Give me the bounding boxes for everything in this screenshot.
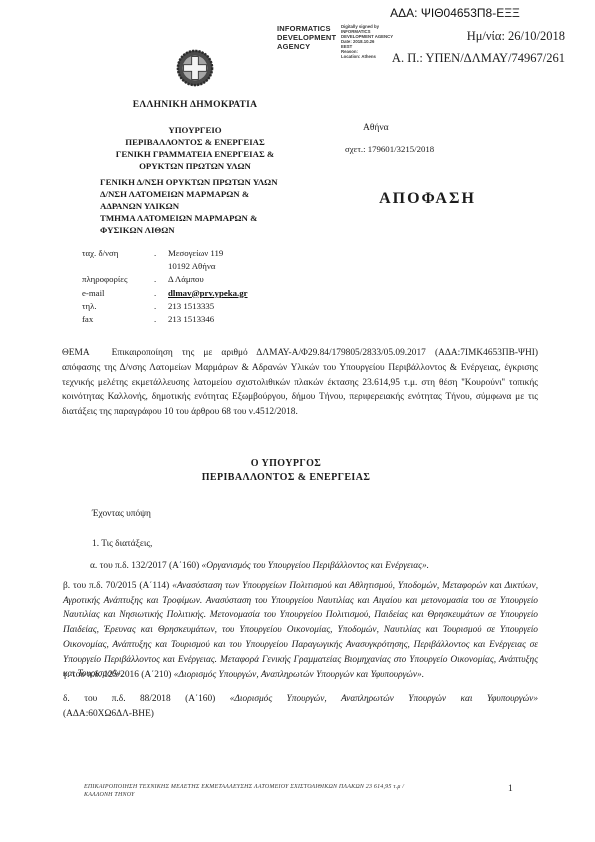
contact-label: fax bbox=[82, 313, 154, 326]
footer-line: ΕΠΙΚΑΙΡΟΠΟΙΗΣΗ ΤΕΧΝΙΚΗΣ ΜΕΛΕΤΗΣ ΕΚΜΕΤΑΛΛ… bbox=[84, 783, 484, 791]
minister-heading-line: ΠΕΡΙΒΑΛΛΟΝΤΟΣ & ΕΝΕΡΓΕΙΑΣ bbox=[136, 471, 436, 485]
contact-separator: . bbox=[154, 287, 168, 300]
footer-reference: ΕΠΙΚΑΙΡΟΠΟΙΗΣΗ ΤΕΧΝΙΚΗΣ ΜΕΛΕΤΗΣ ΕΚΜΕΤΑΛΛ… bbox=[84, 783, 484, 799]
legal-item-intro: 1. Τις διατάξεις, bbox=[92, 539, 152, 549]
contact-row: ταχ. δ/νση . Μεσογείων 119 bbox=[82, 247, 248, 260]
protocol-number-line: Α. Π.: ΥΠΕΝ/ΔΛΜΑΥ/74967/261 bbox=[285, 51, 565, 66]
item-first-line: δ. του π.δ. 88/2018 (Α΄160) «Διορισμός Υ… bbox=[63, 692, 538, 707]
item-quote: «Διορισμός Υπουργών, Αναπληρωτών Υπουργώ… bbox=[230, 694, 538, 704]
minister-heading: Ο ΥΠΟΥΡΓΟΣ ΠΕΡΙΒΑΛΛΟΝΤΟΣ & ΕΝΕΡΓΕΙΑΣ bbox=[136, 457, 436, 484]
contact-label: τηλ. bbox=[82, 300, 154, 313]
republic-title: ΕΛΛΗΝΙΚΗ ΔΗΜΟΚΡΑΤΙΑ bbox=[95, 100, 295, 110]
subject-paragraph: ΘΕΜΑΕπικαιροποίηση της με αριθμό ΔΛΜΑΥ-Α… bbox=[62, 346, 538, 420]
directorate-block: ΓΕΝΙΚΗ Δ/ΝΣΗ ΟΡΥΚΤΩΝ ΠΡΩΤΩΝ ΥΛΩΝ Δ/ΝΣΗ Λ… bbox=[100, 176, 278, 236]
item-label: γ. bbox=[63, 670, 70, 680]
footer-line: ΚΑΛΛΟΝΗ ΤΗΝΟΥ bbox=[84, 791, 484, 799]
contact-value: 213 1513335 bbox=[168, 300, 214, 313]
document-page: ΑΔΑ: ΨΙΘ04653Π8-ΕΞΞ INFORMATICS DEVELOPM… bbox=[0, 0, 595, 842]
subject-text: Επικαιροποίηση της με αριθμό ΔΛΜΑΥ-Α/Φ29… bbox=[62, 348, 538, 417]
contact-value: Δ Λάμπου bbox=[168, 273, 204, 286]
contact-separator: . bbox=[154, 313, 168, 326]
item-intro: του π.δ. 125/2016 (Α΄210) bbox=[72, 670, 172, 680]
date-line: Ημ/νία: 26/10/2018 bbox=[325, 29, 565, 44]
reference-number: σχετ.: 179601/3215/2018 bbox=[345, 144, 434, 154]
ministry-line: ΟΡΥΚΤΩΝ ΠΡΩΤΩΝ ΥΛΩΝ bbox=[85, 160, 305, 172]
contact-row: fax . 213 1513346 bbox=[82, 313, 248, 326]
item-quote: «Ανασύσταση των Υπουργείων Πολιτισμού κα… bbox=[63, 581, 538, 679]
contact-value: Μεσογείων 119 bbox=[168, 247, 223, 260]
city-label: Αθήνα bbox=[363, 123, 389, 133]
directorate-line: ΑΔΡΑΝΩΝ ΥΛΙΚΩΝ bbox=[100, 200, 278, 212]
contact-label: e-mail bbox=[82, 287, 154, 300]
ada-code: ΑΔΑ: ΨΙΘ04653Π8-ΕΞΞ bbox=[330, 6, 580, 20]
contact-separator: . bbox=[154, 300, 168, 313]
directorate-line: ΓΕΝΙΚΗ Δ/ΝΣΗ ΟΡΥΚΤΩΝ ΠΡΩΤΩΝ ΥΛΩΝ bbox=[100, 176, 278, 188]
minister-heading-line: Ο ΥΠΟΥΡΓΟΣ bbox=[136, 457, 436, 471]
contact-value: 213 1513346 bbox=[168, 313, 214, 326]
contact-row: πληροφορίες . Δ Λάμπου bbox=[82, 273, 248, 286]
email-link[interactable]: dlmav@prv.ypeka.gr bbox=[168, 287, 248, 300]
contact-separator: . bbox=[154, 273, 168, 286]
item-quote: «Οργανισμός του Υπουργείου Περιβάλλοντος… bbox=[202, 561, 429, 571]
directorate-line: ΦΥΣΙΚΩΝ ΛΙΘΩΝ bbox=[100, 224, 278, 236]
item-label: δ. bbox=[63, 694, 70, 704]
ministry-line: ΓΕΝΙΚΗ ΓΡΑΜΜΑΤΕΙΑ ΕΝΕΡΓΕΙΑΣ & bbox=[85, 148, 305, 160]
legal-item-c: γ. του π.δ. 125/2016 (Α΄210) «Διορισμός … bbox=[63, 670, 538, 680]
item-ada-reference: (ΑΔΑ:60ΧΩ6ΔΛ-ΒΗΕ) bbox=[63, 707, 538, 722]
contact-label: πληροφορίες bbox=[82, 273, 154, 286]
contact-separator: . bbox=[154, 247, 168, 260]
contact-row: e-mail . dlmav@prv.ypeka.gr bbox=[82, 287, 248, 300]
item-label: α. bbox=[90, 561, 97, 571]
ministry-line: ΠΕΡΙΒΑΛΛΟΝΤΟΣ & ΕΝΕΡΓΕΙΑΣ bbox=[85, 136, 305, 148]
contact-block: ταχ. δ/νση . Μεσογείων 119 10192 Αθήνα π… bbox=[82, 247, 248, 326]
ministry-line: ΥΠΟΥΡΓΕΙΟ bbox=[85, 124, 305, 136]
legal-item-b: β. του π.δ. 70/2015 (Α΄114) «Ανασύσταση … bbox=[63, 579, 538, 682]
item-intro: του π.δ. 70/2015 (Α΄114) bbox=[73, 581, 169, 591]
contact-row: τηλ. . 213 1513335 bbox=[82, 300, 248, 313]
legal-item-d: δ. του π.δ. 88/2018 (Α΄160) «Διορισμός Υ… bbox=[63, 692, 538, 721]
contact-row: 10192 Αθήνα bbox=[82, 260, 248, 273]
legal-item-a: α. του π.δ. 132/2017 (Α΄160) «Οργανισμός… bbox=[90, 561, 538, 571]
contact-label: ταχ. δ/νση bbox=[82, 247, 154, 260]
page-number: 1 bbox=[508, 784, 513, 794]
contact-separator bbox=[154, 260, 168, 273]
contact-value: 10192 Αθήνα bbox=[168, 260, 215, 273]
subject-label: ΘΕΜΑ bbox=[62, 348, 90, 358]
directorate-line: Δ/ΝΣΗ ΛΑΤΟΜΕΙΩΝ ΜΑΡΜΑΡΩΝ & bbox=[100, 188, 278, 200]
decision-title: ΑΠΟΦΑΣΗ bbox=[345, 190, 510, 208]
item-intro: του π.δ. 132/2017 (Α΄160) bbox=[100, 561, 200, 571]
greek-coat-of-arms-icon bbox=[176, 49, 214, 87]
item-label: β. bbox=[63, 581, 70, 591]
contact-label bbox=[82, 260, 154, 273]
item-quote: «Διορισμός Υπουργών, Αναπληρωτών Υπουργώ… bbox=[174, 670, 424, 680]
directorate-line: ΤΜΗΜΑ ΛΑΤΟΜΕΙΩΝ ΜΑΡΜΑΡΩΝ & bbox=[100, 212, 278, 224]
having-regard-line: Έχοντας υπόψη bbox=[92, 509, 151, 519]
ministry-block: ΥΠΟΥΡΓΕΙΟ ΠΕΡΙΒΑΛΛΟΝΤΟΣ & ΕΝΕΡΓΕΙΑΣ ΓΕΝΙ… bbox=[85, 124, 305, 172]
item-intro: του π.δ. 88/2018 (Α΄160) bbox=[84, 694, 215, 704]
